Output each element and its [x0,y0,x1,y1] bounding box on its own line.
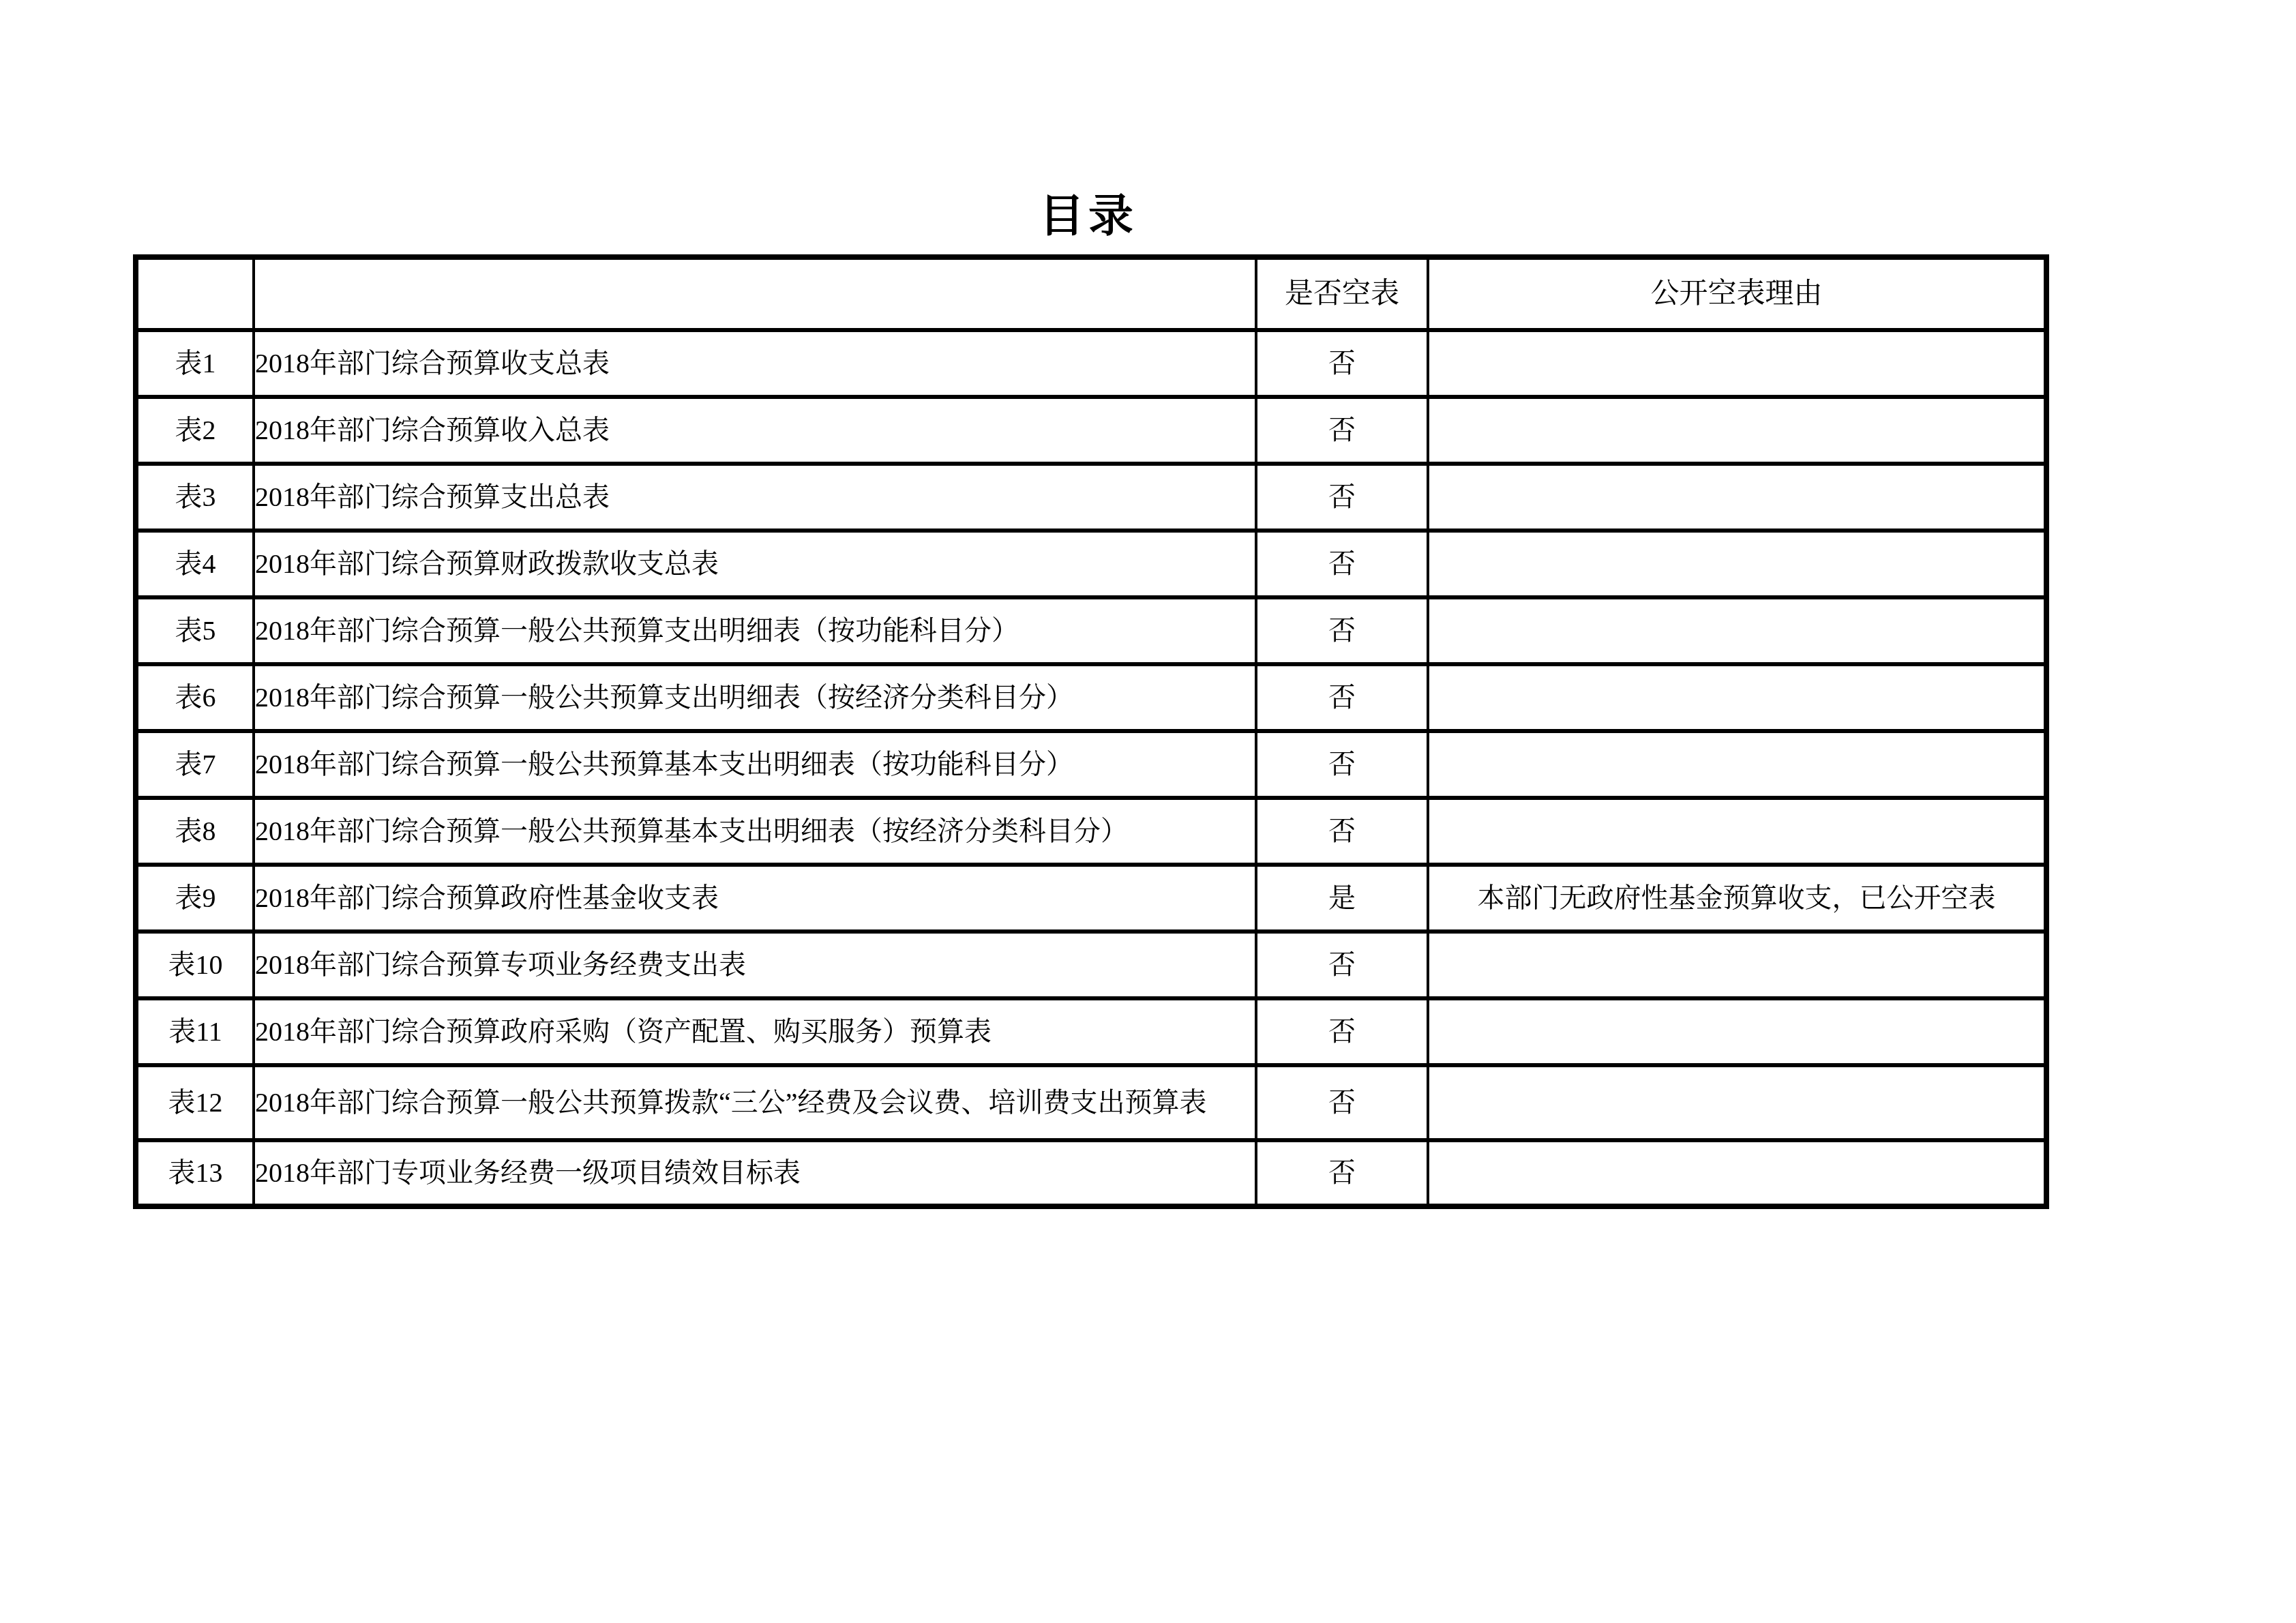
row-name-cell: 2018年部门综合预算收入总表 [254,397,1256,464]
table-row: 表2 2018年部门综合预算收入总表 否 [136,397,2046,464]
row-id-cell: 表6 [136,664,254,731]
row-reason-cell [1428,1065,2046,1140]
table-row: 表7 2018年部门综合预算一般公共预算基本支出明细表（按功能科目分） 否 [136,731,2046,798]
row-reason-cell [1428,798,2046,865]
table-row: 表9 2018年部门综合预算政府性基金收支表 是 本部门无政府性基金预算收支，已… [136,865,2046,932]
row-id-cell: 表4 [136,531,254,597]
row-reason-cell [1428,397,2046,464]
row-empty-cell: 是 [1256,865,1428,932]
page-title: 目录 [133,192,2044,242]
table-row: 表13 2018年部门专项业务经费一级项目绩效目标表 否 [136,1140,2046,1206]
header-cell-name [254,257,1256,330]
row-empty-cell: 否 [1256,998,1428,1065]
row-empty-cell: 否 [1256,397,1428,464]
header-cell-empty-table: 是否空表 [1256,257,1428,330]
row-reason-cell [1428,664,2046,731]
row-name-cell: 2018年部门综合预算专项业务经费支出表 [254,932,1256,998]
header-cell-reason: 公开空表理由 [1428,257,2046,330]
row-id-cell: 表13 [136,1140,254,1206]
row-id-cell: 表8 [136,798,254,865]
row-name-cell: 2018年部门综合预算政府采购（资产配置、购买服务）预算表 [254,998,1256,1065]
table-row: 表6 2018年部门综合预算一般公共预算支出明细表（按经济分类科目分） 否 [136,664,2046,731]
toc-table: 是否空表 公开空表理由 表1 2018年部门综合预算收支总表 否 表2 2018… [133,254,2049,1209]
row-reason-cell [1428,597,2046,664]
row-name-cell: 2018年部门综合预算支出总表 [254,464,1256,531]
row-empty-cell: 否 [1256,932,1428,998]
row-reason-cell [1428,998,2046,1065]
row-name-cell: 2018年部门综合预算一般公共预算拨款“三公”经费及会议费、培训费支出预算表 [254,1065,1256,1140]
row-name-cell: 2018年部门综合预算一般公共预算支出明细表（按经济分类科目分） [254,664,1256,731]
table-header-row: 是否空表 公开空表理由 [136,257,2046,330]
table-row: 表10 2018年部门综合预算专项业务经费支出表 否 [136,932,2046,998]
row-reason-cell [1428,1140,2046,1206]
row-name-cell: 2018年部门综合预算一般公共预算基本支出明细表（按功能科目分） [254,731,1256,798]
row-id-cell: 表1 [136,330,254,397]
row-reason-cell [1428,731,2046,798]
table-row: 表1 2018年部门综合预算收支总表 否 [136,330,2046,397]
row-id-cell: 表7 [136,731,254,798]
row-empty-cell: 否 [1256,731,1428,798]
row-id-cell: 表12 [136,1065,254,1140]
row-name-cell: 2018年部门专项业务经费一级项目绩效目标表 [254,1140,1256,1206]
row-id-cell: 表11 [136,998,254,1065]
table-row: 表11 2018年部门综合预算政府采购（资产配置、购买服务）预算表 否 [136,998,2046,1065]
table-row: 表12 2018年部门综合预算一般公共预算拨款“三公”经费及会议费、培训费支出预… [136,1065,2046,1140]
row-empty-cell: 否 [1256,1065,1428,1140]
row-empty-cell: 否 [1256,330,1428,397]
row-reason-cell [1428,464,2046,531]
table-row: 表4 2018年部门综合预算财政拨款收支总表 否 [136,531,2046,597]
table-row: 表3 2018年部门综合预算支出总表 否 [136,464,2046,531]
row-name-cell: 2018年部门综合预算一般公共预算支出明细表（按功能科目分） [254,597,1256,664]
table-row: 表8 2018年部门综合预算一般公共预算基本支出明细表（按经济分类科目分） 否 [136,798,2046,865]
row-reason-cell [1428,531,2046,597]
row-name-cell: 2018年部门综合预算收支总表 [254,330,1256,397]
row-empty-cell: 否 [1256,464,1428,531]
table-row: 表5 2018年部门综合预算一般公共预算支出明细表（按功能科目分） 否 [136,597,2046,664]
row-id-cell: 表3 [136,464,254,531]
row-id-cell: 表2 [136,397,254,464]
row-reason-cell [1428,932,2046,998]
row-id-cell: 表5 [136,597,254,664]
row-name-cell: 2018年部门综合预算财政拨款收支总表 [254,531,1256,597]
row-empty-cell: 否 [1256,664,1428,731]
row-name-cell: 2018年部门综合预算政府性基金收支表 [254,865,1256,932]
row-empty-cell: 否 [1256,597,1428,664]
header-cell-index [136,257,254,330]
row-reason-cell: 本部门无政府性基金预算收支，已公开空表 [1428,865,2046,932]
row-empty-cell: 否 [1256,531,1428,597]
row-name-cell: 2018年部门综合预算一般公共预算基本支出明细表（按经济分类科目分） [254,798,1256,865]
row-reason-cell [1428,330,2046,397]
row-id-cell: 表10 [136,932,254,998]
row-id-cell: 表9 [136,865,254,932]
row-empty-cell: 否 [1256,1140,1428,1206]
row-empty-cell: 否 [1256,798,1428,865]
